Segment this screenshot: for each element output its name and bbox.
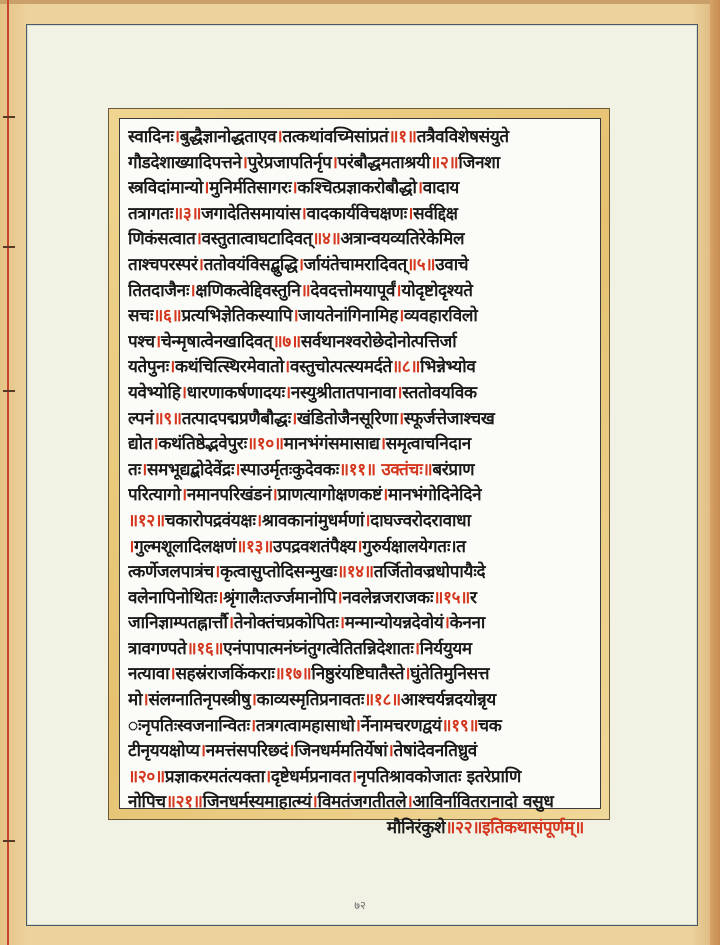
text-segment: पुरेप्रजापतिर्नृप: [248, 153, 332, 173]
text-segment: उवाचे: [435, 255, 468, 275]
text-segment: णिकंसत्वात: [128, 229, 196, 249]
verse-marker: ॥२०॥: [128, 767, 165, 787]
text-segment: दृष्टेधर्मप्रनावत: [271, 767, 351, 787]
text-segment: प्रत्यभिज्ञेतिकस्यापि: [181, 306, 292, 326]
text-segment: यतेपुनः: [128, 357, 169, 377]
text-segment: केनना: [450, 613, 485, 633]
text-segment: सहस्रंराजकिंकराः: [175, 664, 274, 684]
text-segment: र: [470, 588, 477, 608]
text-segment: त्कर्णेजलपात्रंच: [128, 562, 214, 582]
text-segment: स्फूर्जत्तेजाश्चख: [404, 409, 495, 429]
text-segment: योदृष्टोदृश्यते: [401, 281, 472, 301]
manuscript-line: वलेनापिनोथितः।श्रृंगालैःतर्ज्जमानोपि।नवल…: [128, 586, 594, 612]
text-panel: स्वादिनः।बुद्धैज्ञानोद्धताएव।तत्कथांवच्म…: [119, 118, 601, 809]
text-segment: काव्यस्मृतिप्रनावतः: [257, 690, 364, 710]
text-segment: धारणाकर्षणादयः: [187, 383, 285, 403]
manuscript-line: यतेपुनः।कथंचित्स्थिरमेवातो।वस्तुचोत्पत्स…: [128, 355, 594, 381]
text-segment: पश्च: [128, 332, 155, 352]
text-segment: तर्जितोवज्रधोपायैः: [374, 562, 477, 582]
text-segment: नस्युश्रीतातपानावा: [291, 383, 396, 403]
text-segment: नोपिच: [128, 792, 166, 812]
text-segment: समृत्वाचनिदान: [386, 434, 471, 454]
text-segment: तत्कथांवच्मिसांप्रतं: [282, 127, 388, 147]
text-segment: नृपतिश्रावकोजातः इतरेप्राणि: [357, 767, 521, 787]
text-segment: नत्यावा: [128, 664, 169, 684]
red-margin-rule: [7, 0, 9, 945]
verse-marker: ॥९॥: [153, 409, 181, 429]
verse-marker: ॥२१॥: [166, 792, 203, 812]
manuscript-line: जानिज्ञाम्पतह्नार्त्तौ।तेनोक्तंचप्रकोपित…: [128, 611, 594, 637]
text-segment: कथंतिष्ठेद्भवेपुरः: [158, 434, 247, 454]
verse-marker: ॥१६॥: [186, 639, 223, 659]
text-segment: स्पाउर्मृतःकुदेवकः: [240, 460, 339, 480]
text-segment: मन्मान्योयन्नदेवोयं: [345, 613, 444, 633]
text-segment: ताश्चपरस्परं: [128, 255, 198, 275]
manuscript-line: स्त्रविदांमान्यो।मुनिर्मतिसागरः।कश्चित्प…: [128, 176, 594, 202]
text-segment: श्रावकानांमुधर्मणां: [262, 511, 364, 531]
text-segment: आविर्नावितरानादो वसुध: [413, 792, 554, 812]
text-segment: चकारोपद्रवंयक्षः: [165, 511, 256, 531]
text-segment: मिल: [439, 229, 465, 249]
verse-marker: ॥१॥: [388, 127, 416, 147]
text-segment: कश्चित्प्रज्ञाकरोबौद्धो: [297, 178, 416, 198]
text-segment: देवदत्तोमयापूर्वं: [310, 281, 395, 301]
verse-marker: ॥१५॥: [433, 588, 470, 608]
text-segment: द्योत: [128, 434, 152, 454]
text-segment: आश्चर्यन्नदयोन्नृय: [401, 690, 496, 710]
text-segment: निष्ठुरंयष्टिघातैस्ते: [311, 664, 404, 684]
manuscript-line: ल्पनं॥९॥तत्पादपद्मप्रणैबौद्धः।खंडितोजैनस…: [128, 407, 594, 433]
text-segment: बरंप्राण: [432, 460, 474, 480]
text-segment: एनंपापात्मनंघ्नंतु: [223, 639, 316, 659]
text-segment: मो: [128, 690, 142, 710]
text-segment: त्रावगण्पते: [128, 639, 186, 659]
text-segment: गुरुर्यक्षालयेगतः।त: [362, 537, 465, 557]
text-segment: नवलेन्नजराजकः: [342, 588, 433, 608]
manuscript-line: नत्यावा।सहस्रंराजकिंकराः॥१७॥निष्ठुरंयष्ट…: [128, 662, 594, 688]
manuscript-line: ।गुल्मशूलादिलक्षणं॥१३॥उपद्रवशतंपैक्ष्य।ग…: [128, 535, 594, 561]
text-segment: बुद्धैज्ञानोद्धताएव: [180, 127, 277, 147]
text-segment: ततोवयंविसद्बुद्धि: [204, 255, 298, 275]
text-segment: वादाय: [423, 178, 459, 198]
rule-tick-mark: [3, 116, 15, 118]
text-segment: जायतेनांगिनामिह: [298, 306, 397, 326]
text-segment: वस्तुतात्वाघटादिवत्: [202, 229, 313, 249]
text-segment: परित्यागो: [128, 485, 181, 505]
manuscript-line: नोपिच॥२१॥जिनधर्मस्यमाहात्म्यं।विमतंजगतीत…: [128, 790, 594, 816]
text-segment: मानभंगोदिनेदिने: [388, 485, 481, 505]
verse-marker: ॥१३॥: [236, 537, 273, 557]
colophon-line: मौनिरंकुशे॥२२॥इतिकथासंपूर्णम्॥: [128, 816, 594, 842]
text-segment: निर्ययुयम: [420, 639, 472, 659]
text-segment: सर्वद्दिक्ष: [413, 204, 458, 224]
verse-marker: ॥५॥: [407, 255, 435, 275]
text-segment: जिनधर्ममतिर्येषां: [294, 741, 387, 761]
rule-tick-mark: [3, 246, 15, 248]
page-number: ७२: [0, 898, 720, 913]
text-segment: गत्वेतितन्निदेशातः: [317, 639, 414, 659]
text-segment: दाघज्वरोदरावाधा: [370, 511, 470, 531]
text-segment: तः: [128, 460, 141, 480]
verse-marker: ॥७॥: [273, 332, 301, 352]
manuscript-line: ॥१२॥चकारोपद्रवंयक्षः।श्रावकानांमुधर्मणां…: [128, 509, 594, 535]
verse-marker: ॥१२॥: [128, 511, 165, 531]
text-segment: मुनिर्मतिसागरः: [209, 178, 291, 198]
text-segment: सचः: [128, 306, 153, 326]
text-segment: नमत्तंसपरिछदं: [206, 741, 288, 761]
text-segment: जानिज्ञाम्पतह्नार्त्तौ: [128, 613, 228, 633]
text-segment: मानभंगंसमासाद्य: [284, 434, 380, 454]
verse-marker: ॥१०॥: [247, 434, 284, 454]
text-segment: मौनिरंकुशे: [387, 818, 445, 838]
text-segment: क्षणिकत्वेद्दिवस्तुनि: [195, 281, 300, 301]
rule-tick-mark: [3, 390, 15, 392]
verse-marker: ॥२॥: [430, 153, 458, 173]
text-segment: कृत्वासुप्तोदिसन्मुखः: [220, 562, 337, 582]
text-segment: जिनधर्मस्यमाहात्म्यं: [203, 792, 312, 812]
text-segment: विमतंजगतीतले: [318, 792, 407, 812]
text-segment: स्ततोवयविक: [402, 383, 477, 403]
text-segment: टीनृययक्षोप्य: [128, 741, 200, 761]
manuscript-line: णिकंसत्वात।वस्तुतात्वाघटादिवत्॥४॥अत्रान्…: [128, 227, 594, 253]
manuscript-line: ॥२०॥प्रज्ञाकरमतंत्यक्ता।दृष्टेधर्मप्रनाव…: [128, 765, 594, 791]
text-segment: ःनृपतिःस्वजनान्वितः: [128, 716, 250, 736]
text-segment: तत्रैवविशेषसंयुते: [417, 127, 509, 147]
verse-marker: ॥६॥: [153, 306, 181, 326]
text-segment: दे: [476, 562, 485, 582]
verse-marker: ॥१९॥: [441, 716, 478, 736]
text-segment: यवेभ्योहि: [128, 383, 181, 403]
text-segment: जगादेतिसमायांस: [201, 204, 300, 224]
verse-marker: ॥३॥: [173, 204, 201, 224]
manuscript-line: मो।संलग्नातिनृपस्त्रीषु।काव्यस्मृतिप्रना…: [128, 688, 594, 714]
verse-marker: ॥४॥: [312, 229, 340, 249]
manuscript-line: तितदाजैनः।क्षणिकत्वेद्दिवस्तुनि॥देवदत्तो…: [128, 279, 594, 305]
manuscript-line: त्रावगण्पते॥१६॥एनंपापात्मनंघ्नंतुगत्वेति…: [128, 637, 594, 663]
text-segment: घुंतेतिमुनिसत्त: [410, 664, 489, 684]
text-segment: सर्वथानश्वरोछेदो: [301, 332, 397, 352]
text-segment: वलेनापिनोथितः: [128, 588, 217, 608]
gold-text-frame: स्वादिनः।बुद्धैज्ञानोद्धताएव।तत्कथांवच्म…: [108, 108, 610, 820]
top-edge: [0, 0, 720, 4]
text-segment: वादकार्यविचक्षणः: [307, 204, 407, 224]
text-segment: कथंचित्स्थिरमेवातो: [175, 357, 284, 377]
rule-tick-mark: [3, 840, 15, 842]
verse-marker: ॥११॥ उक्तंचः॥: [339, 460, 433, 480]
text-segment: नोत्पत्तिर्जा: [397, 332, 456, 352]
manuscript-line: तत्रागतः॥३॥जगादेतिसमायांस।वादकार्यविचक्ष…: [128, 202, 594, 228]
text-segment: तितदाजैनः: [128, 281, 189, 301]
text-segment: स्वादिनः: [128, 127, 174, 147]
manuscript-line: पश्च।चेन्मृषात्वेनखादिवत्॥७॥सर्वथानश्वरो…: [128, 330, 594, 356]
text-segment: तत्रगत्वामहासाधो: [256, 716, 355, 736]
text-segment: तेनोक्तंचप्रकोपितः: [234, 613, 339, 633]
right-page-edge: [710, 0, 720, 945]
text-segment: र्नेनामचरणद्वयं: [361, 716, 442, 736]
text-segment: प्राणत्यागोक्षणकष्टं: [278, 485, 382, 505]
manuscript-line: ताश्चपरस्परं।ततोवयंविसद्बुद्धि।र्जायंतेच…: [128, 253, 594, 279]
manuscript-line: त्कर्णेजलपात्रंच।कृत्वासुप्तोदिसन्मुखः॥१…: [128, 560, 594, 586]
manuscript-line: ःनृपतिःस्वजनान्वितः।तत्रगत्वामहासाधो।र्न…: [128, 714, 594, 740]
text-segment: समभूद्यद्बोदेवेंद्रः: [147, 460, 234, 480]
text-segment: प्रज्ञाकरमतंत्यक्ता: [165, 767, 265, 787]
manuscript-line: द्योत।कथंतिष्ठेद्भवेपुरः॥१०॥मानभंगंसमासा…: [128, 432, 594, 458]
text-segment: र्जायंतेचामरादिवत्: [304, 255, 407, 275]
text-segment: वस्तुचोत्पत्स्यमर्दते: [290, 357, 392, 377]
text-segment: तत्पादपद्मप्रणैबौद्धः: [182, 409, 291, 429]
text-segment: नमानपरिखंडनं: [187, 485, 272, 505]
text-segment: गुल्मशूलादिलक्षणं: [134, 537, 236, 557]
verse-marker: ॥८॥: [392, 357, 420, 377]
verse-marker: ॥१७॥: [275, 664, 312, 684]
text-segment: उपद्रवशतंपैक्ष्य: [273, 537, 356, 557]
text-segment: जिनशा: [458, 153, 500, 173]
text-segment: गौडदेशाख्यादिपत्तने: [128, 153, 242, 173]
colophon-marker: ॥२२॥इतिकथासंपूर्णम्॥: [445, 818, 584, 838]
manuscript-line: टीनृययक्षोप्य।नमत्तंसपरिछदं।जिनधर्ममतिर्…: [128, 739, 594, 765]
text-segment: खंडितोजैनसूरिणा: [297, 409, 398, 429]
manuscript-line: तः।समभूद्यद्बोदेवेंद्रः।स्पाउर्मृतःकुदेव…: [128, 458, 594, 484]
verse-marker: ॥१८॥: [364, 690, 401, 710]
text-segment: परंबौद्धमताश्रयी: [338, 153, 430, 173]
text-segment: व्यवहारविलो: [404, 306, 478, 326]
verse-marker: ॥१४॥: [337, 562, 374, 582]
manuscript-line: सचः॥६॥प्रत्यभिज्ञेतिकस्यापि।जायतेनांगिना…: [128, 304, 594, 330]
text-segment: तेषांदेवनतिध्रुवं: [394, 741, 477, 761]
text-segment: चेन्मृषात्वेनखादिवत्: [161, 332, 273, 352]
text-segment: स्त्रविदांमान्यो: [128, 178, 203, 198]
text-segment: अत्रान्वयव्यतिरेके: [340, 229, 438, 249]
text-segment: श्रृंगालैःतर्ज्जमानोपि: [223, 588, 336, 608]
text-segment: संलग्नातिनृपस्त्रीषु: [148, 690, 250, 710]
manuscript-line: परित्यागो।नमानपरिखंडनं।प्राणत्यागोक्षणकष…: [128, 483, 594, 509]
manuscript-line: गौडदेशाख्यादिपत्तने।पुरेप्रजापतिर्नृप।पर…: [128, 151, 594, 177]
manuscript-line: स्वादिनः।बुद्धैज्ञानोद्धताएव।तत्कथांवच्म…: [128, 125, 594, 151]
text-segment: ल्पनं: [128, 409, 153, 429]
text-segment: चक: [478, 716, 501, 736]
text-segment: तत्रागतः: [128, 204, 173, 224]
text-segment: भिन्नेभ्योव: [420, 357, 475, 377]
manuscript-line: यवेभ्योहि।धारणाकर्षणादयः।नस्युश्रीतातपान…: [128, 381, 594, 407]
verse-marker: ॥: [300, 281, 310, 301]
